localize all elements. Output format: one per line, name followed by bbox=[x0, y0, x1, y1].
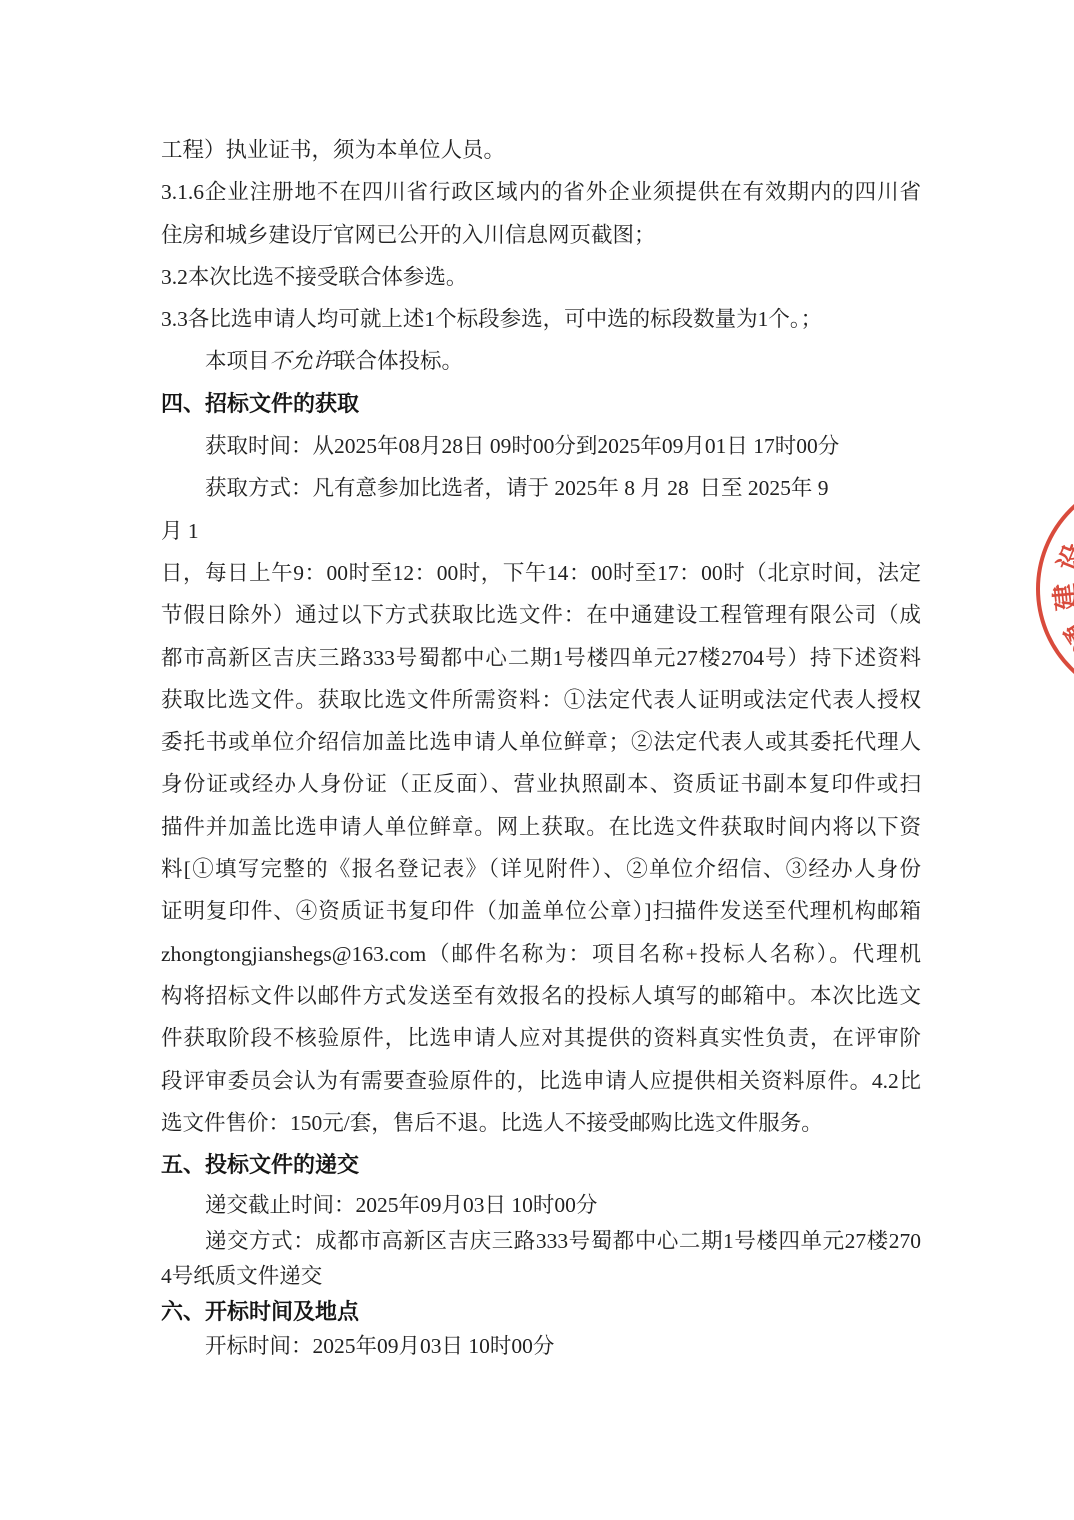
text-line: 节假日除外）通过以下方式获取比选文件：在中通建设工程管理有限公司（成 bbox=[161, 594, 921, 636]
document-body: 工程）执业证书，须为本单位人员。3.1.6企业注册地不在四川省行政区域内的省外企… bbox=[161, 129, 921, 1364]
seal-character: 设 bbox=[1054, 540, 1074, 575]
text-line: 工程）执业证书，须为本单位人员。 bbox=[161, 129, 921, 171]
text-line: 本项目不允许联合体投标。 bbox=[161, 340, 921, 382]
text-line: 证明复印件、④资质证书复印件（加盖单位公章）]扫描件发送至代理机构邮箱 bbox=[161, 890, 921, 932]
text-line: 获取方式：凡有意参加比选者，请于 2025年 8 月 28 日至 2025年 9 bbox=[161, 467, 921, 509]
text-line: 住房和城乡建设厅官网已公开的入川信息网页截图； bbox=[161, 214, 921, 256]
text-line: 3.3各比选申请人均可就上述1个标段参选，可中选的标段数量为1个。； bbox=[161, 298, 921, 340]
text-line: 委托书或单位介绍信加盖比选申请人单位鲜章；②法定代表人或其委托代理人 bbox=[161, 721, 921, 763]
text-run: 联合体投标。 bbox=[334, 349, 463, 373]
seal-character: 通 bbox=[1061, 616, 1074, 653]
text-line: 件获取阶段不核验原件，比选申请人应对其提供的资料真实性负责，在评审阶 bbox=[161, 1017, 921, 1059]
text-line: 料[①填写完整的《报名登记表》（详见附件）、②单位介绍信、③经办人身份 bbox=[161, 848, 921, 890]
section-heading: 六、开标时间及地点 bbox=[161, 1294, 921, 1329]
text-line: 3.2本次比选不接受联合体参选。 bbox=[161, 256, 921, 298]
text-line: 3.1.6企业注册地不在四川省行政区域内的省外企业须提供在有效期内的四川省 bbox=[161, 171, 921, 213]
seal-character: 建 bbox=[1052, 582, 1074, 611]
text-line: 4号纸质文件递交 bbox=[161, 1259, 921, 1294]
text-line: 都市高新区吉庆三路333号蜀都中心二期1号楼四单元27楼2704号）持下述资料 bbox=[161, 637, 921, 679]
text-line: 描件并加盖比选申请人单位鲜章。网上获取。在比选文件获取时间内将以下资 bbox=[161, 806, 921, 848]
red-seal-stamp: 中通建设工程管理有限公司 bbox=[1036, 475, 1074, 703]
text-line: 获取时间：从2025年08月28日 09时00分到2025年09月01日 17时… bbox=[161, 425, 921, 467]
text-line: 身份证或经办人身份证（正反面）、营业执照副本、资质证书副本复印件或扫 bbox=[161, 763, 921, 805]
text-line: 日，每日上午9：00时至12：00时，下午14：00时至17：00时（北京时间，… bbox=[161, 552, 921, 594]
section-heading: 四、招标文件的获取 bbox=[161, 383, 921, 425]
text-line: 递交方式：成都市高新区吉庆三路333号蜀都中心二期1号楼四单元27楼270 bbox=[161, 1224, 921, 1259]
text-line: 获取比选文件。获取比选文件所需资料：①法定代表人证明或法定代表人授权 bbox=[161, 679, 921, 721]
document-page: 工程）执业证书，须为本单位人员。3.1.6企业注册地不在四川省行政区域内的省外企… bbox=[0, 0, 1074, 1520]
text-line: 选文件售价：150元/套，售后不退。比选人不接受邮购比选文件服务。 bbox=[161, 1102, 921, 1144]
text-line: 开标时间：2025年09月03日 10时00分 bbox=[161, 1329, 921, 1364]
text-run: 本项目 bbox=[205, 349, 270, 373]
text-line: zhongtongjianshegs@163.com（邮件名称为：项目名称+投标… bbox=[161, 933, 921, 975]
text-line: 递交截止时间：2025年09月03日 10时00分 bbox=[161, 1186, 921, 1224]
text-line: 月 1 bbox=[161, 510, 921, 552]
text-line: 构将招标文件以邮件方式发送至有效报名的投标人填写的邮箱中。本次比选文 bbox=[161, 975, 921, 1017]
section-heading: 五、投标文件的递交 bbox=[161, 1144, 921, 1186]
text-run: 不允许 bbox=[270, 349, 335, 373]
text-line: 段评审委员会认为有需要查验原件的，比选申请人应提供相关资料原件。4.2比 bbox=[161, 1060, 921, 1102]
